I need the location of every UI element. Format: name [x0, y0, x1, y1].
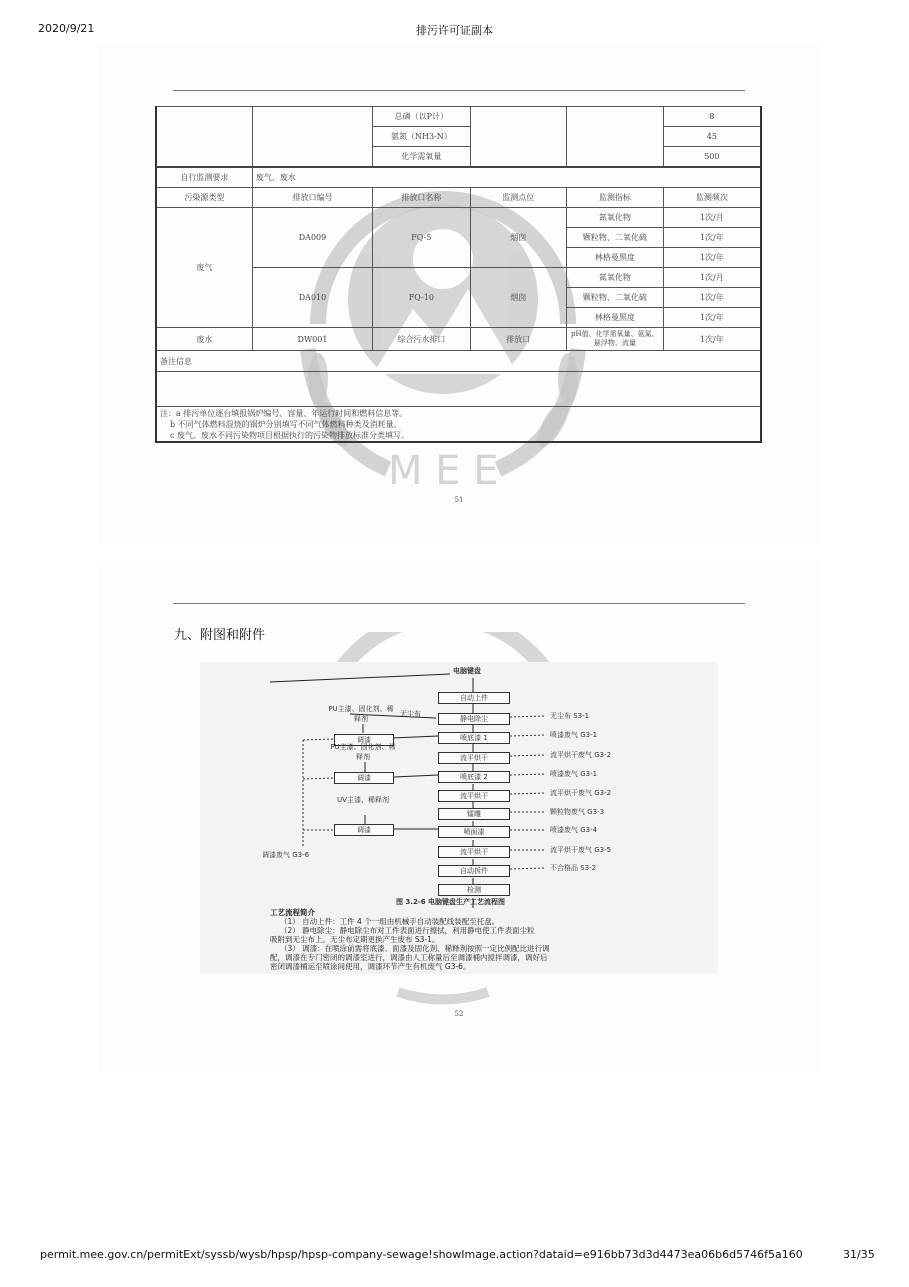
header-rule [173, 90, 745, 91]
header-source-type: 污染源类型 [156, 188, 252, 208]
remarks-label: 备注信息 [156, 351, 761, 372]
monitor-point: 烟囱 [470, 268, 566, 328]
limit-pollutant: 化学需氧量 [373, 147, 471, 168]
flow-step: 喷面漆 [438, 826, 510, 838]
flow-step: 喷底漆 2 [438, 771, 510, 783]
limit-value: 45 [663, 127, 761, 147]
flow-output: 喷漆废气 G3-1 [550, 730, 597, 740]
print-title: 排污许可证副本 [0, 22, 909, 38]
flow-step: 流平烘干 [438, 846, 510, 858]
section-title: 九、附图和附件 [174, 624, 265, 643]
document-page-52: 九、附图和附件 [98, 562, 820, 1072]
flow-step: 流平烘干 [438, 790, 510, 802]
note-b: b 不同气体燃料混烧的锅炉分别填写不同气体燃料种类及消耗量。 [160, 419, 758, 430]
indicator: 氮氧化物 [566, 268, 663, 288]
monitor-point: 烟囱 [470, 208, 566, 268]
frequency: 1次/年 [663, 248, 761, 268]
flow-output: 流平烘干废气 G3-5 [550, 845, 611, 855]
indicator: pH值、化学需氧量、氨氮、悬浮物、流量 [566, 328, 663, 351]
svg-text:M E E: M E E [388, 448, 499, 489]
indicator: 林格曼黑度 [566, 308, 663, 328]
mix-input: PU主漆、固化剂、稀释剂 [328, 742, 398, 762]
mix-waste: 调漆废气 G3-6 [262, 850, 309, 860]
flow-output: 无尘布 S3-1 [550, 711, 589, 721]
flow-step: 自动拆件 [438, 865, 510, 877]
header-outlet-code: 排放口编号 [252, 188, 372, 208]
outlet-code: DA009 [252, 208, 372, 268]
outlet-name: FQ-5 [373, 208, 471, 268]
flow-output: 流平烘干废气 G3-2 [550, 788, 611, 798]
print-page-count: 31/35 [843, 1248, 875, 1261]
process-flow-scan: 电脑键盘 自动上件 静电除尘 喷底漆 1 流平烘干 喷底漆 2 流平烘干 镭雕 … [200, 662, 718, 974]
flow-output: 颗粒物废气 G3-3 [550, 807, 604, 817]
frequency: 1次/年 [663, 288, 761, 308]
flow-step: 自动上件 [438, 692, 510, 704]
header-monitor-point: 监测点位 [470, 188, 566, 208]
outlet-name: FQ-10 [373, 268, 471, 328]
source-type-water: 废水 [156, 328, 252, 351]
flow-output: 流平烘干废气 G3-2 [550, 750, 611, 760]
mix-input: UV主漆、稀释剂 [328, 795, 398, 805]
document-page-51: M E E 总磷（以P计） 8 氨氮（NH3-N） 45 化学需氧量 500 自… [98, 44, 820, 544]
flow-start: 电脑键盘 [453, 666, 481, 676]
self-monitoring-label: 自行监测要求 [156, 167, 252, 188]
monitor-point: 排放口 [470, 328, 566, 351]
page-number: 51 [98, 496, 820, 504]
flow-output: 喷漆废气 G3-4 [550, 825, 597, 835]
indicator: 氮氧化物 [566, 208, 663, 228]
desc-line: 密闭调漆桶运至喷涂间使用，调漆环节产生有机废气 G3-6。 [270, 962, 470, 972]
frequency: 1次/年 [663, 328, 761, 351]
mix-step: 调漆 [334, 824, 394, 836]
indicator: 颗粒物、二氧化硫 [566, 228, 663, 248]
limit-pollutant: 总磷（以P计） [373, 107, 471, 127]
outlet-code: DW001 [252, 328, 372, 351]
indicator: 颗粒物、二氧化硫 [566, 288, 663, 308]
header-rule [173, 603, 745, 604]
flow-step: 检测 [438, 884, 510, 896]
self-monitoring-value: 废气、废水 [252, 167, 761, 188]
limit-value: 500 [663, 147, 761, 168]
source-type-gas: 废气 [156, 208, 252, 328]
mix-step: 调漆 [334, 772, 394, 784]
header-outlet-name: 排放口名称 [373, 188, 471, 208]
notes: 注：a 排污单位逐台填报锅炉编号、容量、年运行时间和燃料信息等。 b 不同气体燃… [156, 407, 761, 443]
flow-step: 流平烘干 [438, 752, 510, 764]
limit-value: 8 [663, 107, 761, 127]
blank-cell [156, 107, 252, 168]
frequency: 1次/年 [663, 228, 761, 248]
outlet-code: DA010 [252, 268, 372, 328]
flow-step: 喷底漆 1 [438, 732, 510, 744]
blank-cell [566, 107, 663, 168]
flow-side-input: 无尘布 [400, 709, 421, 719]
flow-output: 不合格品 S3-2 [550, 863, 596, 873]
frequency: 1次/月 [663, 208, 761, 228]
page-number: 52 [98, 1010, 820, 1018]
figure-caption: 图 3.2-6 电脑键盘生产工艺流程图 [396, 897, 505, 907]
flow-step: 镭雕 [438, 808, 510, 820]
header-frequency: 监测频次 [663, 188, 761, 208]
indicator: 林格曼黑度 [566, 248, 663, 268]
blank-cell [470, 107, 566, 168]
remarks-content [156, 372, 761, 407]
flow-step: 静电除尘 [438, 713, 510, 725]
frequency: 1次/年 [663, 308, 761, 328]
limit-pollutant: 氨氮（NH3-N） [373, 127, 471, 147]
flow-output: 喷漆废气 G3-1 [550, 769, 597, 779]
frequency: 1次/月 [663, 268, 761, 288]
header-indicator: 监测指标 [566, 188, 663, 208]
note-c: c 废气、废水不同污染物项目根据执行的污染物排放标准分类填写。 [160, 430, 758, 441]
blank-cell [252, 107, 372, 168]
mix-input: PU主漆、固化剂、稀释剂 [326, 704, 396, 724]
print-url: permit.mee.gov.cn/permitExt/syssb/wysb/h… [40, 1248, 803, 1261]
note-a: 注：a 排污单位逐台填报锅炉编号、容量、年运行时间和燃料信息等。 [160, 408, 758, 419]
outlet-name: 综合污水排口 [373, 328, 471, 351]
monitoring-table: 总磷（以P计） 8 氨氮（NH3-N） 45 化学需氧量 500 自行监测要求 … [155, 106, 762, 443]
